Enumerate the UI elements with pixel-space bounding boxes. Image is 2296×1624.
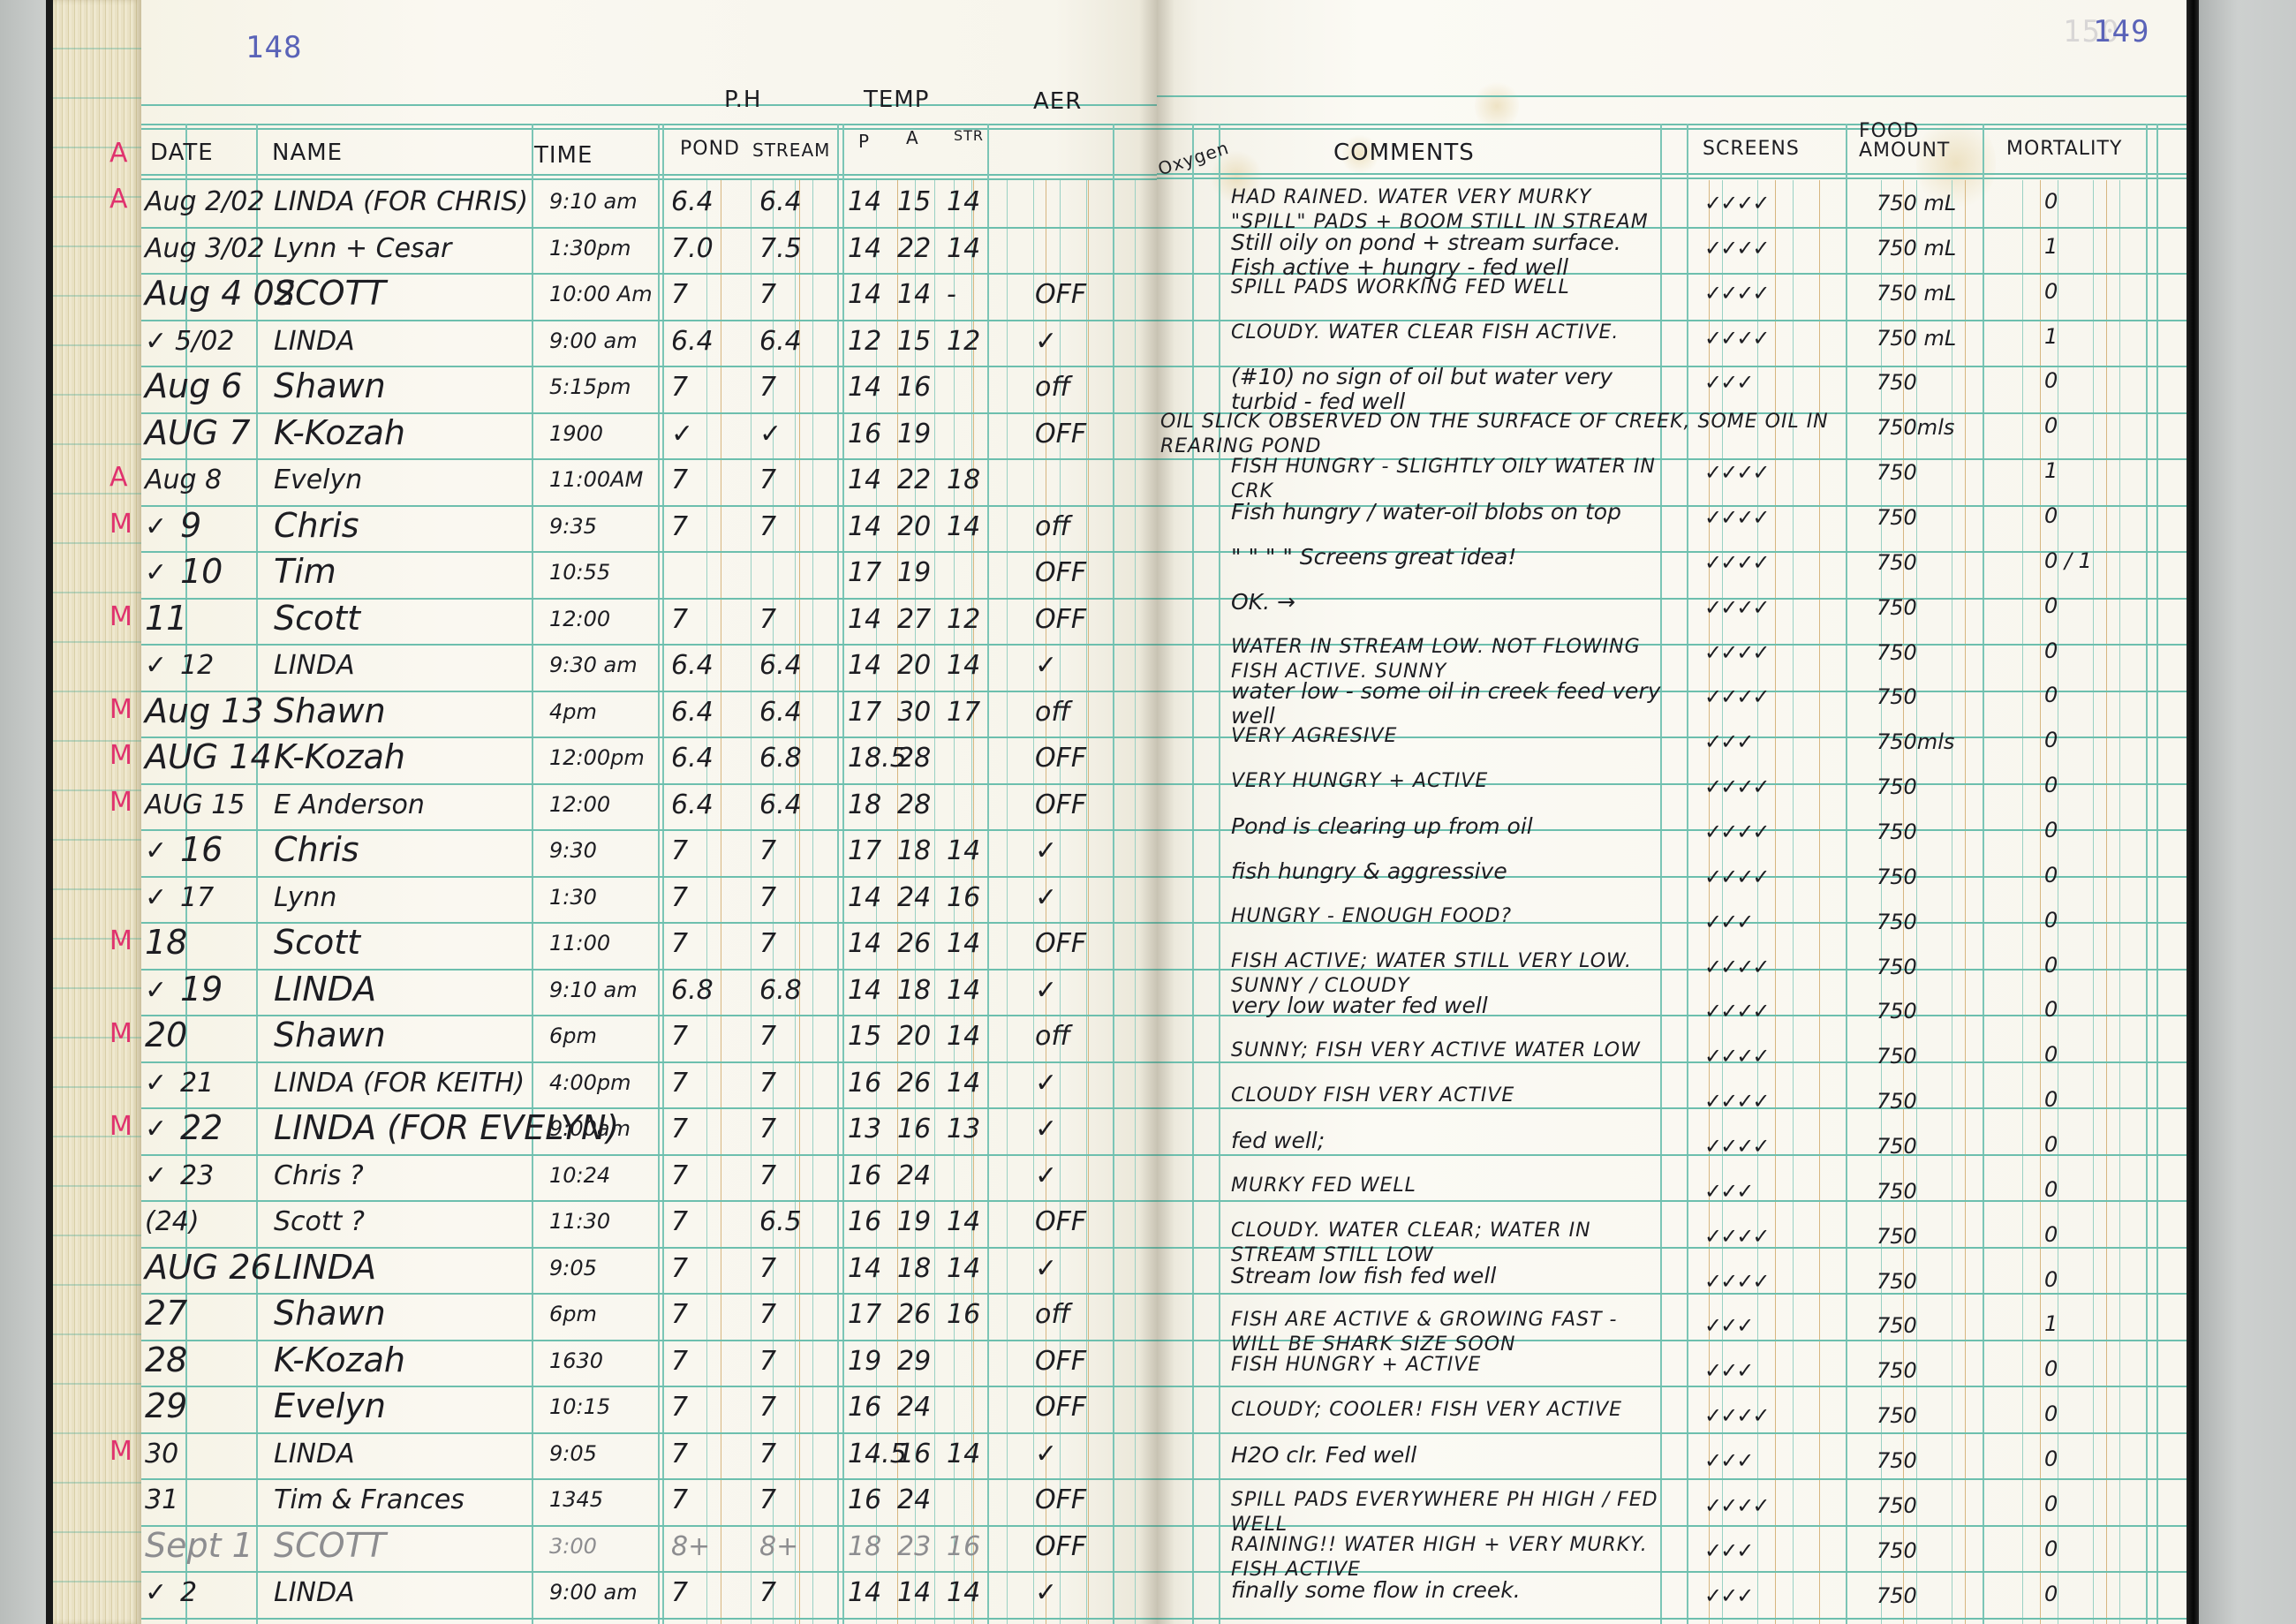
row-ph-stream: 6.5 [759,1209,802,1235]
row-comment: (#10) no sign of oil but water very turb… [1231,365,1664,414]
row-temp-pond: 16 [848,1487,881,1514]
row-temp-pond: 14 [848,653,881,679]
row-temp-pond: 14 [848,374,881,401]
check-mark: ✓ [145,1070,167,1097]
row-screens: ✓✓✓✓ [1704,597,1768,618]
row-rule [1157,1200,2186,1202]
margin-mark: M [110,1111,132,1142]
row-date: 12 [180,653,214,679]
row-temp-pond: 13 [848,1116,881,1143]
row-temp-air: 14 [897,282,931,308]
row-mortality: 0 [2044,820,2058,841]
row-food-amount: 750 [1877,866,1917,888]
row-ph-pond: ✓ [671,421,693,448]
row-time: 1:30 [549,887,597,908]
column-rule [1687,124,1688,1624]
check-mark: ✓ [145,514,167,540]
row-time: 9:00am [549,1118,631,1139]
margin-mark: A [110,138,128,169]
row-ph-pond: 7 [671,1116,688,1143]
row-temp-pond: 14 [848,514,881,540]
row-name: Shawn [274,1018,386,1052]
check-mark: ✓ [145,560,167,586]
row-comment: CLOUDY; COOLER! FISH VERY ACTIVE [1231,1398,1664,1423]
column-subrule [2022,180,2023,1624]
row-mortality: 0 [2044,910,2058,931]
row-date: 22 [180,1111,223,1144]
row-temp-air: 24 [897,1163,931,1190]
row-temp-stream: 14 [947,1256,980,1282]
row-name: LINDA [274,653,355,679]
row-date: 17 [180,885,214,911]
row-food-amount: 750 [1877,776,1917,797]
row-mortality: 0 [2044,774,2058,796]
row-name: LINDA [274,329,355,355]
row-food-amount: 750 mL [1877,238,1956,259]
column-subrule [1086,180,1087,1624]
row-time: 9:00 am [549,1582,638,1603]
row-comment: Pond is clearing up from oil [1231,814,1664,839]
row-aerator: off [1035,514,1070,540]
row-ph-pond: 6.4 [671,329,714,355]
row-mortality: 0 [2044,955,2058,976]
row-date: Aug 6 [145,369,242,403]
column-accent-rule [721,180,721,1624]
row-ph-pond: 7 [671,1163,688,1190]
column-rule [658,124,660,1624]
row-mortality: 0 [2044,1538,2058,1560]
row-temp-stream: 16 [947,1534,980,1560]
row-name: LINDA [274,1441,355,1468]
row-mortality: 0 [2044,729,2058,751]
row-mortality: 0 [2044,640,2058,661]
column-header-temp-air: A [906,129,919,147]
row-ph-pond: 7 [671,1070,688,1097]
column-rule [1983,124,1984,1624]
margin-mark: M [110,694,132,725]
row-ph-stream: ✓ [759,421,782,448]
row-temp-air: 20 [897,1023,931,1050]
row-time: 10:24 [549,1165,610,1186]
row-food-amount: 750 [1877,1585,1917,1606]
row-time: 10:00 Am [549,283,653,305]
row-name: Lynn [274,885,336,911]
row-temp-air: 18 [897,978,931,1004]
row-rule [1157,1432,2186,1434]
row-ph-pond: 6.4 [671,189,714,215]
row-food-amount: 750 [1877,552,1917,573]
column-header-comments: COMMENTS [1333,141,1475,164]
row-comment: WATER IN STREAM LOW. NOT FLOWING FISH AC… [1231,635,1664,684]
row-temp-pond: 12 [848,329,881,355]
row-time: 9:05 [549,1443,597,1464]
column-rule [1192,124,1194,1624]
row-comment: FISH HUNGRY + ACTIVE [1231,1353,1664,1378]
row-temp-stream: 14 [947,1441,980,1468]
row-temp-air: 14 [897,1580,931,1606]
row-comment: VERY HUNGRY + ACTIVE [1231,769,1664,794]
row-date: 5/02 [175,329,234,355]
row-ph-pond: 6.8 [671,978,714,1004]
row-temp-air: 27 [897,607,931,633]
row-ph-stream: 8+ [759,1534,798,1560]
row-time: 11:00AM [549,469,643,490]
row-temp-stream: 14 [947,236,980,262]
row-food-amount: 750 [1877,1181,1917,1202]
row-comment: fed well; [1231,1129,1664,1153]
row-ph-stream: 7 [759,1580,776,1606]
row-name: Shawn [274,369,386,403]
row-aerator: ✓ [1035,1163,1057,1190]
row-ph-pond: 7 [671,838,688,865]
column-header-screens: SCREENS [1703,140,1800,159]
row-ph-pond: 7 [671,607,688,633]
row-screens: ✓✓✓✓ [1704,507,1768,528]
row-ph-pond: 7 [671,1023,688,1050]
row-time: 11:00 [549,933,610,954]
row-time: 9:10 am [549,979,638,1001]
row-date: Aug 2/02 [145,189,264,215]
row-mortality: 0 [2044,505,2058,526]
row-mortality: 0 [2044,281,2058,302]
row-rule [141,1154,1157,1156]
column-subrule [812,180,813,1624]
row-ph-pond: 7.0 [671,236,714,262]
row-food-amount: 750mls [1877,417,1954,438]
ruling-header-top [1157,124,2186,130]
row-temp-stream: 14 [947,1580,980,1606]
row-temp-air: 20 [897,514,931,540]
row-ph-pond: 7 [671,467,688,494]
row-mortality: 0 [2044,865,2058,886]
column-header-temp-stream: STR [954,129,984,143]
row-time: 5:15pm [549,376,631,397]
row-temp-air: 18 [897,838,931,865]
row-date: AUG 7 [145,416,251,449]
row-mortality: 0 [2044,1583,2058,1605]
left-page: 148 P.H TEMP AER DATE NAME TIME POND STR… [141,0,1157,1624]
row-temp-pond: 18 [848,1534,881,1560]
row-mortality: 0 [2044,999,2058,1020]
row-comment: OIL SLICK OBSERVED ON THE SURFACE OF CRE… [1160,410,1902,459]
row-name: Chris [274,509,359,542]
check-mark: ✓ [145,1163,167,1190]
row-name: Tim [274,555,336,588]
row-comment: H2O clr. Fed well [1231,1443,1664,1468]
row-date: 18 [145,925,187,959]
row-ph-stream: 6.4 [759,792,802,819]
check-mark: ✓ [145,885,167,911]
row-food-amount: 750 [1877,1450,1917,1471]
row-temp-air: 18 [897,1256,931,1282]
row-comment: FISH ARE ACTIVE & GROWING FAST - WILL BE… [1231,1308,1664,1357]
column-subrule [2093,180,2094,1624]
row-name: SCOTT [274,1529,386,1562]
margin-mark: M [110,787,132,818]
row-ph-stream: 7 [759,1023,776,1050]
row-ph-pond: 7 [671,514,688,540]
row-time: 6pm [549,1025,597,1046]
row-screens: ✓✓✓ [1704,372,1752,393]
column-accent-rule [799,180,800,1624]
row-date: (24) [145,1209,200,1235]
row-date: 31 [145,1487,178,1514]
row-ph-stream: 7 [759,282,776,308]
row-rule [141,458,1157,460]
row-screens: ✓✓✓✓ [1704,1405,1768,1426]
row-temp-air: 22 [897,467,931,494]
row-comment: VERY AGRESIVE [1231,724,1664,749]
row-name: E Anderson [274,792,425,819]
row-food-amount: 750 [1877,1136,1917,1157]
row-temp-air: 28 [897,745,931,772]
row-rule [1157,1478,2186,1480]
row-ph-stream: 7 [759,607,776,633]
row-temp-stream: 14 [947,189,980,215]
row-ph-pond: 7 [671,885,688,911]
check-mark: ✓ [145,329,167,355]
row-rule [141,1061,1157,1063]
row-name: LINDA (FOR CHRIS) [274,189,528,215]
row-temp-air: 24 [897,1487,931,1514]
row-comment: Hungry - ENOUGH FOOD? [1231,904,1664,929]
row-temp-air: 26 [897,1070,931,1097]
row-name: K-Kozah [274,1343,405,1377]
row-mortality: 0 [2044,1044,2058,1065]
row-rule [141,1618,1157,1620]
row-time: 4pm [549,701,597,722]
row-aerator: OFF [1035,1348,1086,1375]
row-screens: ✓✓✓ [1704,1450,1752,1471]
row-screens: ✓✓✓✓ [1704,1495,1768,1516]
row-food-amount: 750 [1877,1360,1917,1381]
row-ph-stream: 7 [759,467,776,494]
row-temp-stream: 12 [947,607,980,633]
row-mortality: 0 [2044,684,2058,706]
row-food-amount: 750 mL [1877,328,1956,349]
row-aerator: OFF [1035,792,1086,819]
ruling-top [141,104,1157,106]
row-mortality: 0 [2044,1269,2058,1290]
row-temp-pond: 14 [848,885,881,911]
row-food-amount: 750 [1877,1405,1917,1426]
row-aerator: off [1035,374,1070,401]
column-rule [1219,124,1220,1624]
row-ph-stream: 7 [759,1116,776,1143]
row-screens: ✓✓✓✓ [1704,1091,1768,1112]
row-mortality: 0 [2044,370,2058,391]
check-mark: ✓ [145,653,167,679]
column-rule [2156,124,2158,1624]
row-temp-pond: 16 [848,421,881,448]
row-rule [141,644,1157,646]
row-comment: OK. → [1231,590,1664,615]
row-comment: MURKY FED WELL [1231,1174,1664,1198]
row-time: 1900 [549,423,603,444]
row-temp-stream: 14 [947,1070,980,1097]
row-aerator: off [1035,1023,1070,1050]
row-temp-stream: 13 [947,1116,980,1143]
row-date: 28 [145,1343,187,1377]
row-ph-stream: 7 [759,885,776,911]
row-comment: CLOUDY. WATER CLEAR; WATER IN STREAM STI… [1231,1219,1664,1268]
row-food-amount: 750 [1877,642,1917,663]
row-time: 3:00 [549,1536,597,1557]
row-temp-stream: 14 [947,978,980,1004]
column-subrule [1135,180,1136,1624]
row-mortality: 0 [2044,1224,2058,1245]
column-accent-rule [1775,180,1776,1624]
row-time: 12:00 [549,608,610,630]
row-mortality: 0 [2044,1448,2058,1469]
row-rule [141,1478,1157,1480]
ruling-header-top [141,124,1157,130]
row-time: 9:05 [549,1258,597,1279]
column-subrule [1033,180,1034,1624]
row-time: 9:30 am [549,654,638,676]
row-date: Aug 8 [145,467,222,494]
row-food-amount: 750 [1877,1271,1917,1292]
page-number-right: 149 [2093,14,2149,49]
row-comment: water low - some oil in creek feed very … [1231,679,1664,729]
column-subrule [2119,180,2120,1624]
row-ph-pond: 7 [671,282,688,308]
row-name: Scott [274,601,360,635]
column-subrule [706,180,707,1624]
row-aerator: OFF [1035,560,1086,586]
row-temp-stream: 18 [947,467,980,494]
row-time: 11:30 [549,1211,610,1232]
row-ph-pond: 7 [671,1580,688,1606]
row-screens: ✓✓✓ [1704,1360,1752,1381]
row-aerator: OFF [1035,1394,1086,1421]
row-temp-pond: 16 [848,1394,881,1421]
row-screens: ✓✓✓✓ [1704,776,1768,797]
row-screens: ✓✓✓✓ [1704,956,1768,978]
row-comment: FISH HUNGRY - SLIGHTLY OILY WATER IN CRK [1231,455,1664,504]
row-temp-pond: 14 [848,607,881,633]
row-temp-pond: 14 [848,978,881,1004]
row-food-amount: 750 [1877,956,1917,978]
row-screens: ✓✓✓✓ [1704,1136,1768,1157]
row-date: Aug 3/02 [145,236,264,262]
row-temp-air: 29 [897,1348,931,1375]
row-ph-stream: 7 [759,838,776,865]
row-aerator: OFF [1035,421,1086,448]
row-temp-stream: 16 [947,1302,980,1328]
row-temp-stream: 14 [947,838,980,865]
margin-mark: A [110,462,128,493]
row-mortality: 0 [2044,191,2058,212]
row-aerator: off [1035,1302,1070,1328]
row-aerator: OFF [1035,1487,1086,1514]
row-temp-air: 22 [897,236,931,262]
row-comment: HAD RAINED. WATER VERY MURKY "SPILL" PAD… [1231,185,1664,235]
row-ph-stream: 6.4 [759,653,802,679]
row-mortality: 0 [2044,1403,2058,1424]
column-subrule [751,180,751,1624]
row-temp-stream: 17 [947,699,980,726]
row-ph-stream: 7 [759,1394,776,1421]
row-ph-stream: 7 [759,931,776,957]
margin-mark: M [110,740,132,771]
row-temp-stream: 16 [947,885,980,911]
row-food-amount: 750 [1877,1226,1917,1247]
row-temp-pond: 17 [848,1302,881,1328]
row-aerator: ✓ [1035,978,1057,1004]
column-rule [842,124,844,1624]
row-food-amount: 750mls [1877,731,1954,752]
row-screens: ✓✓✓✓ [1704,686,1768,707]
row-ph-stream: 6.8 [759,745,802,772]
column-rule [1846,124,1847,1624]
row-temp-air: 16 [897,374,931,401]
column-header-ph-pond: POND [680,140,740,159]
row-food-amount: 750 [1877,507,1917,528]
row-date: 16 [180,833,223,866]
row-date: 9 [180,509,201,542]
column-rule [987,124,989,1624]
row-temp-air: 16 [897,1441,931,1468]
row-name: K-Kozah [274,416,405,449]
row-temp-stream: 14 [947,1209,980,1235]
row-screens: ✓✓✓✓ [1704,552,1768,573]
row-rule [141,783,1157,785]
row-temp-stream: - [947,282,956,308]
row-ph-pond: 7 [671,1302,688,1328]
row-comment: SPILL PADS EVERYWHERE PH HIGH / FED WELL [1231,1488,1664,1537]
row-comment: SUNNY; FISH VERY ACTIVE WATER LOW [1231,1039,1664,1063]
row-temp-pond: 19 [848,1348,881,1375]
page-number-left: 148 [245,30,302,65]
row-screens: ✓✓✓✓ [1704,193,1768,214]
row-time: 9:30 [549,840,597,861]
row-mortality: 0 [2044,415,2058,436]
column-header-name: NAME [272,141,343,164]
row-comment: CLOUDY. WATER CLEAR FISH ACTIVE. [1231,321,1664,345]
row-food-amount: 750 [1877,911,1917,933]
row-comment: Stream low fish fed well [1231,1264,1664,1288]
group-header-aer: AER [1033,90,1082,113]
row-ph-stream: 7 [759,514,776,540]
row-date: 30 [145,1441,178,1468]
row-temp-pond: 16 [848,1209,881,1235]
check-mark: ✓ [145,1116,167,1143]
check-mark: ✓ [145,838,167,865]
column-header-food-amount: FOOD AMOUNT [1859,122,1965,161]
row-screens: ✓✓✓ [1704,1540,1752,1561]
row-mortality: 0 [2044,1089,2058,1110]
right-page: 150 149 Oxygen COMMENTS SCREENS FOOD AMO… [1157,0,2186,1624]
row-name: Scott ? [274,1209,365,1235]
row-time: 10:55 [549,562,610,583]
row-date: 29 [145,1389,187,1423]
row-temp-air: 26 [897,931,931,957]
row-ph-pond: 7 [671,1256,688,1282]
row-time: 1345 [549,1489,603,1510]
row-ph-stream: 7 [759,1256,776,1282]
row-screens: ✓✓✓✓ [1704,1001,1768,1022]
row-date: 19 [180,972,223,1006]
row-ph-pond: 7 [671,1441,688,1468]
row-mortality: 0 [2044,1179,2058,1200]
row-comment: RAINING!! WATER HIGH + VERY MURKY. FISH … [1231,1533,1664,1582]
row-name: LINDA [274,1250,376,1284]
row-ph-pond: 7 [671,931,688,957]
row-rule [1157,1618,2186,1620]
row-date: 2 [180,1580,197,1606]
row-mortality: 1 [2044,460,2058,481]
